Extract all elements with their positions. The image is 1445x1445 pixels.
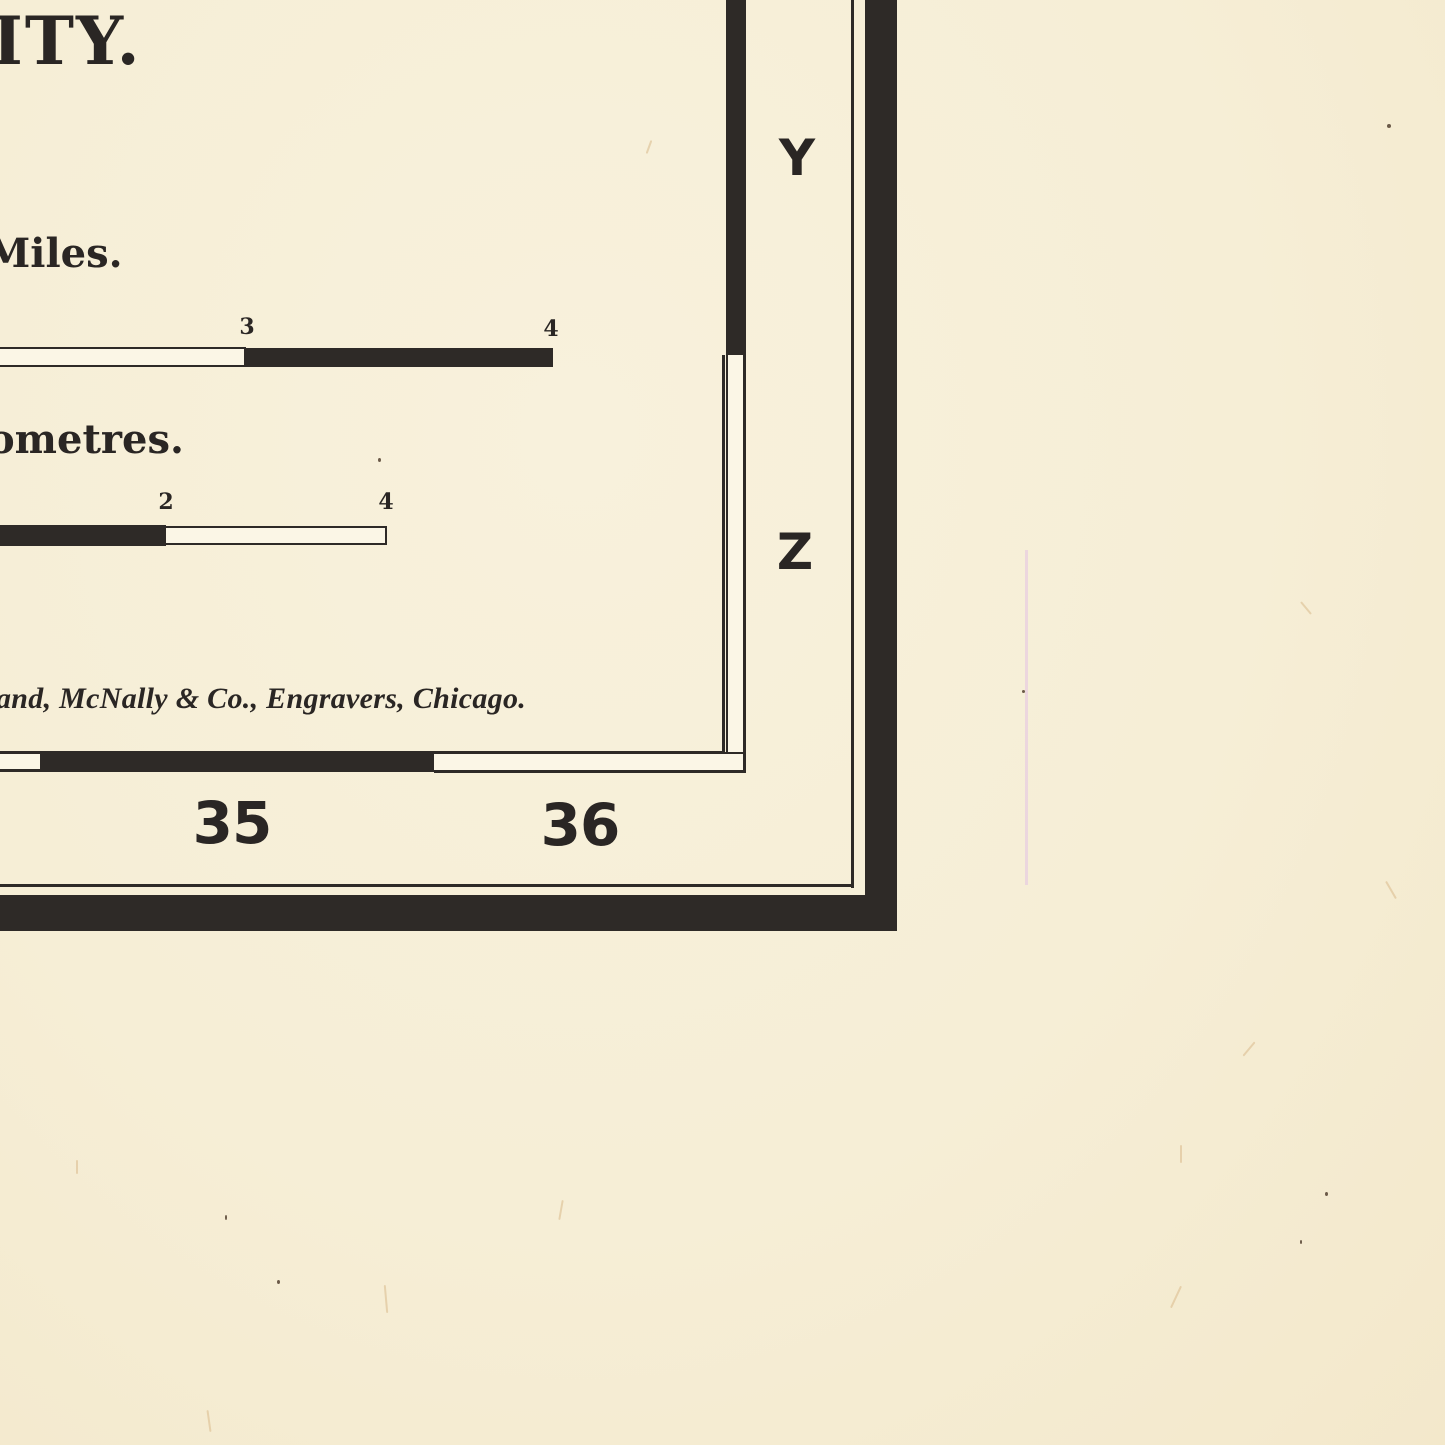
paper-speck <box>378 458 381 462</box>
inner-neatline-right <box>722 355 725 754</box>
paper-fiber <box>1180 1145 1182 1163</box>
paper-fiber <box>1300 601 1312 615</box>
paper-fiber <box>1385 881 1397 899</box>
paper-fiber <box>76 1160 78 1174</box>
grid-column-label: 35 <box>193 794 272 852</box>
paper-speck <box>1300 1240 1302 1244</box>
scale-segment-black <box>244 348 553 367</box>
border-strip-white-segment <box>434 752 746 773</box>
paper-fiber <box>558 1200 563 1220</box>
pencil-mark <box>1025 550 1028 885</box>
outer-thin-line-right <box>851 0 854 888</box>
border-strip-black-segment <box>726 0 746 355</box>
paper-speck <box>277 1280 280 1284</box>
paper-speck <box>1387 124 1391 128</box>
map-title-fragment: ITY. <box>0 8 142 74</box>
paper-fiber <box>384 1285 388 1313</box>
paper-fiber <box>1242 1041 1255 1056</box>
border-strip-black-segment <box>40 752 436 772</box>
paper-speck <box>1022 690 1025 693</box>
grid-row-label: Y <box>779 133 815 183</box>
engraver-credit: and, McNally & Co., Engravers, Chicago. <box>0 682 526 716</box>
kilometres-scale-bar <box>0 525 388 546</box>
kilometres-scale-heading: ometres. <box>0 420 184 460</box>
paper-fiber <box>1170 1286 1182 1309</box>
kilometres-tick-label: 4 <box>378 491 393 513</box>
outer-thick-border-bottom <box>0 895 897 931</box>
paper-fiber <box>206 1410 211 1432</box>
kilometres-tick-label: 2 <box>158 491 173 513</box>
scale-segment-white <box>0 347 246 367</box>
paper-speck <box>1325 1192 1328 1196</box>
grid-column-label: 36 <box>541 796 620 854</box>
paper-speck <box>225 1215 227 1220</box>
paper-fiber <box>646 140 653 154</box>
miles-tick-label: 3 <box>239 316 254 338</box>
miles-scale-bar <box>0 347 553 367</box>
scale-segment-white <box>164 526 387 545</box>
outer-thick-border-right <box>865 0 897 931</box>
miles-tick-label: 4 <box>543 318 558 340</box>
border-strip-white-segment <box>726 355 746 770</box>
outer-thin-line-bottom <box>0 884 854 887</box>
scale-segment-black <box>0 525 166 546</box>
miles-scale-heading: Miles. <box>0 234 123 274</box>
border-strip-white-segment <box>0 752 42 772</box>
grid-row-label: Z <box>777 527 813 577</box>
